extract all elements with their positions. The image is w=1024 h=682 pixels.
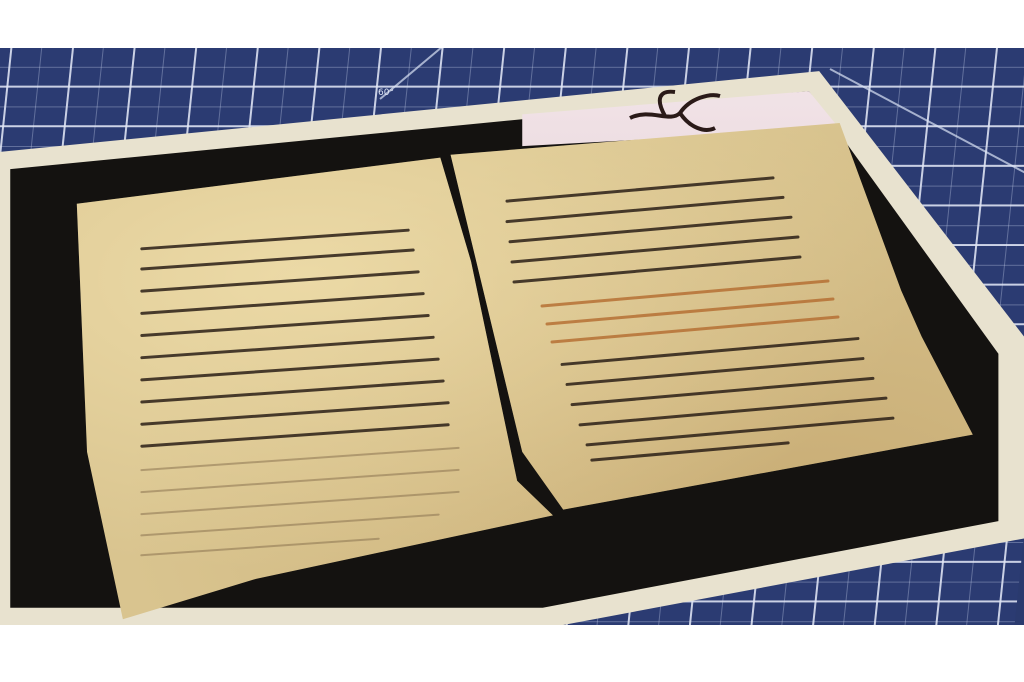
mat-angle-label: 60°: [378, 88, 394, 98]
manuscript-photo: 60°: [0, 48, 1024, 625]
ribbon-shadow-icon: [620, 88, 730, 138]
